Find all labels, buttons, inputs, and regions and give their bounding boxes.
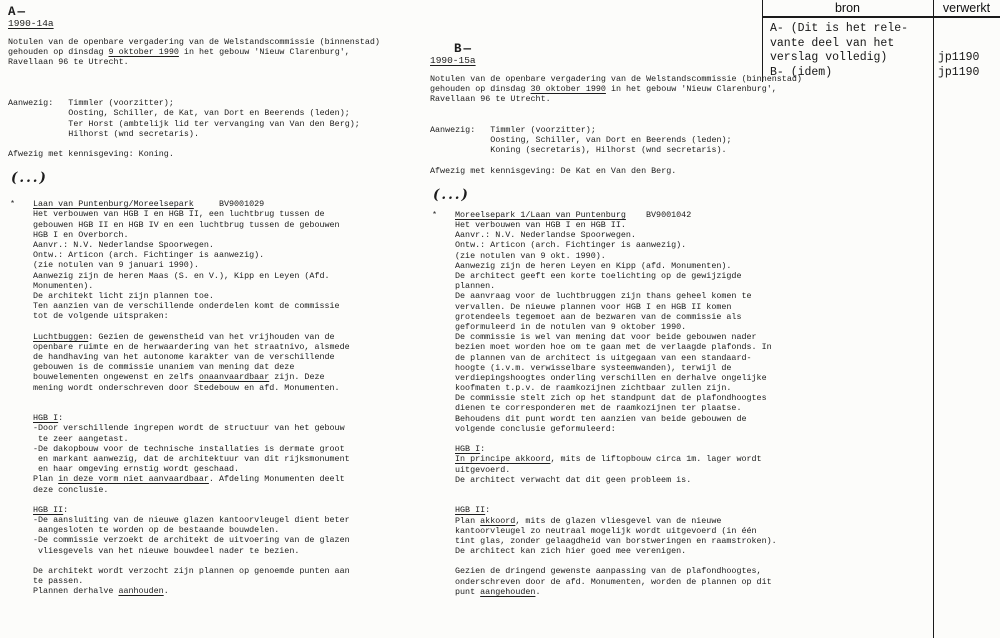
minutes-b: B— 1990-15a Notulen van de openbare verg… <box>430 42 930 597</box>
text-line: De architect geeft een korte toelichting… <box>455 271 930 281</box>
text-line: Monumenten). <box>33 281 420 291</box>
verwerkt-values: jp1190jp1190 <box>938 51 998 80</box>
text-line: de handhaving van het autonome karakter … <box>33 352 420 362</box>
text-line <box>430 156 930 166</box>
text-line: de plannen van de architect is uitgegaan… <box>455 353 930 363</box>
text-line: punt aangehouden. <box>455 587 930 597</box>
text-line: deze conclusie. <box>33 485 420 495</box>
minutes-a-label: A— <box>8 5 420 19</box>
agenda-item-b-body: Moreelsepark 1/Laan van Puntenburg BV900… <box>455 210 930 597</box>
text-line: uitgevoerd. <box>455 465 930 475</box>
text-line: Ontw.: Articon (arch. Fichtinger is aanw… <box>455 240 930 250</box>
text-line: tot de volgende uitspraken: <box>33 311 420 321</box>
text-line: Aanvr.: N.V. Nederlandse Spoorwegen. <box>455 230 930 240</box>
text-line: Behoudens dit punt wordt ten aanzien van… <box>455 414 930 424</box>
text-line: verdiepingshoogtes onderling verschillen… <box>455 373 930 383</box>
omission-marker-a: (...) <box>11 169 420 187</box>
text-line: B- (idem) <box>770 66 932 81</box>
text-line: dienen te corresponderen met de raamkozi… <box>455 403 930 413</box>
text-line: De architekt wordt verzocht zijn plannen… <box>33 566 420 576</box>
text-line: jp1190 <box>938 51 998 66</box>
agenda-item-a-body: Laan van Puntenburg/Moreelsepark BV90010… <box>33 199 420 596</box>
text-line: mening wordt onderschreven door Stedebou… <box>33 383 420 393</box>
text-line: Ontw.: Articon (arch. Fichtinger is aanw… <box>33 250 420 260</box>
minutes-a-reference: 1990-14a <box>8 19 420 29</box>
text-line: plannen. <box>455 281 930 291</box>
text-line: bouwelementen ongewenst en zelfs onaanva… <box>33 372 420 382</box>
text-line: vante deel van het <box>770 37 932 52</box>
text-line <box>33 556 420 566</box>
text-line: Koning (secretaris), Hilhorst (wnd secre… <box>430 145 930 155</box>
text-line: Ter Horst (ambtelijk lid ter vervanging … <box>8 119 420 129</box>
text-line: Aanwezig zijn de heren Leyen en Kipp (af… <box>455 261 930 271</box>
text-line: De architect kan zich hier goed mee vere… <box>455 546 930 556</box>
text-line: Ravellaan 96 te Utrecht. <box>430 94 930 104</box>
text-line: gehouden op dinsdag 30 oktober 1990 in h… <box>430 84 930 94</box>
text-line: tint glas, zonder gelaagdheid van borstw… <box>455 536 930 546</box>
text-line: Moreelsepark 1/Laan van Puntenburg BV900… <box>455 210 930 220</box>
table-header-rule <box>762 16 1000 18</box>
text-line: jp1190 <box>938 66 998 81</box>
text-line <box>8 88 420 98</box>
text-line <box>33 393 420 403</box>
text-line: (zie notulen van 9 okt. 1990). <box>455 251 930 261</box>
text-line: volgende conclusie geformuleerd: <box>455 424 930 434</box>
text-line: HGB I: <box>33 413 420 423</box>
scanned-minutes-page: A— 1990-14a Notulen van de openbare verg… <box>0 0 1000 638</box>
minutes-a: A— 1990-14a Notulen van de openbare verg… <box>8 5 420 597</box>
text-line: geformuleerd in de notulen van 9 oktober… <box>455 322 930 332</box>
text-line: HGB II: <box>33 505 420 515</box>
text-line: grotendeels tegemoet aan de bezwaren van… <box>455 312 930 322</box>
text-line <box>430 115 930 125</box>
text-line: De commissie stelt zich op het standpunt… <box>455 393 930 403</box>
text-line: Het verbouwen van HGB I en HGB II. <box>455 220 930 230</box>
bron-column-header: bron <box>762 1 933 15</box>
text-line: openbare ruimte en de herwaardering van … <box>33 342 420 352</box>
text-line: Aanwezig: Timmler (voorzitter); <box>430 125 930 135</box>
text-line: onderschreven door de afd. Monumenten, w… <box>455 577 930 587</box>
text-line: Afwezig met kennisgeving: Koning. <box>8 149 420 159</box>
text-line: De commissie is wel van mening dat voor … <box>455 332 930 342</box>
agenda-item-b: * Moreelsepark 1/Laan van Puntenburg BV9… <box>430 210 930 597</box>
text-line: Hilhorst (wnd secretaris). <box>8 129 420 139</box>
text-line: Aanwezig zijn de heren Maas (S. en V.), … <box>33 271 420 281</box>
text-line: HGB I: <box>455 444 930 454</box>
text-line: vervallen. De nieuwe plannen voor HGB I … <box>455 302 930 312</box>
text-line <box>8 68 420 78</box>
text-line: De aanvraag voor de luchtbruggen zijn th… <box>455 291 930 301</box>
bullet-marker-b: * <box>432 210 437 220</box>
text-line: In principe akkoord, mits de liftopbouw … <box>455 454 930 464</box>
text-line: Notulen van de openbare vergadering van … <box>8 37 420 47</box>
text-line: gebouwen is de commissie unaniem van men… <box>33 362 420 372</box>
text-line <box>455 495 930 505</box>
text-line: en haar omgeving ernstig wordt geschaad. <box>33 464 420 474</box>
text-line: -De aansluiting van de nieuwe glazen kan… <box>33 515 420 525</box>
text-line: (zie notulen van 9 januari 1990). <box>33 260 420 270</box>
text-line: hoogte (i.v.m. verwisselbare systeemwand… <box>455 363 930 373</box>
bullet-marker-a: * <box>10 199 15 209</box>
text-line: Ten aanzien van de verschillende onderde… <box>33 301 420 311</box>
text-line: Afwezig met kennisgeving: De Kat en Van … <box>430 166 930 176</box>
text-line <box>455 556 930 566</box>
text-line: Luchtbuggen: Gezien de gewenstheid van h… <box>33 332 420 342</box>
text-line: vliesgevels van het nieuwe bouwdeel nade… <box>33 546 420 556</box>
text-line: Ravellaan 96 te Utrecht. <box>8 57 420 67</box>
text-line: bezien moet worden hoe om te gaan met de… <box>455 342 930 352</box>
text-line: A- (Dit is het rele- <box>770 22 932 37</box>
text-line: -De dakopbouw voor de technische install… <box>33 444 420 454</box>
text-line <box>33 403 420 413</box>
text-line: Gezien de dringend gewenste aanpassing v… <box>455 566 930 576</box>
omission-marker-b: (...) <box>433 186 930 204</box>
text-line: verslag volledig) <box>770 51 932 66</box>
text-line: te passen. <box>33 576 420 586</box>
text-line: gehouden op dinsdag 9 oktober 1990 in he… <box>8 47 420 57</box>
text-line <box>8 78 420 88</box>
minutes-b-reference-number: 1990-15a <box>430 55 476 66</box>
text-line: Laan van Puntenburg/Moreelsepark BV90010… <box>33 199 420 209</box>
text-line: te zeer aangetast. <box>33 434 420 444</box>
minutes-a-header-block: Notulen van de openbare vergadering van … <box>8 37 420 159</box>
text-line: De architect verwacht dat dit geen probl… <box>455 475 930 485</box>
text-line: -De commissie verzoekt de architekt de u… <box>33 535 420 545</box>
text-line: en markant aanwezig, dat de architektuur… <box>33 454 420 464</box>
text-line <box>455 485 930 495</box>
text-line: Plannen derhalve aanhouden. <box>33 586 420 596</box>
text-line <box>33 322 420 332</box>
text-line: -Door verschillende ingrepen wordt de st… <box>33 423 420 433</box>
minutes-b-header-block: Notulen van de openbare vergadering van … <box>430 74 930 176</box>
text-line: Plan in deze vorm niet aanvaardbaar. Afd… <box>33 474 420 484</box>
text-line: gebouwen HGB II en HGB IV en een luchtbr… <box>33 220 420 230</box>
text-line: Oosting, Schiller, van Dort en Beerends … <box>430 135 930 145</box>
text-line: De architekt licht zijn plannen toe. <box>33 291 420 301</box>
text-line: HGB I en Overborch. <box>33 230 420 240</box>
table-right-divider <box>933 0 934 638</box>
text-line: aangesloten te worden op de bestaande bo… <box>33 525 420 535</box>
text-line: koofmaten t.p.v. de raamkozijnen zichtba… <box>455 383 930 393</box>
text-line: Aanvr.: N.V. Nederlandse Spoorwegen. <box>33 240 420 250</box>
agenda-item-a: * Laan van Puntenburg/Moreelsepark BV900… <box>8 199 420 596</box>
verwerkt-column-header: verwerkt <box>935 1 998 15</box>
text-line: HGB II: <box>455 505 930 515</box>
text-line: Het verbouwen van HGB I en HGB II, een l… <box>33 209 420 219</box>
bron-note: A- (Dit is het rele-vante deel van hetve… <box>770 22 932 80</box>
text-line: Plan akkoord, mits de glazen vliesgevel … <box>455 516 930 526</box>
text-line <box>455 434 930 444</box>
text-line <box>33 495 420 505</box>
minutes-a-reference-number: 1990-14a <box>8 18 54 29</box>
text-line: kantoorvleugel zo neutraal mogelijk word… <box>455 526 930 536</box>
text-line <box>430 105 930 115</box>
text-line: Aanwezig: Timmler (voorzitter); <box>8 98 420 108</box>
text-line <box>8 139 420 149</box>
text-line: Oosting, Schiller, de Kat, van Dort en B… <box>8 108 420 118</box>
